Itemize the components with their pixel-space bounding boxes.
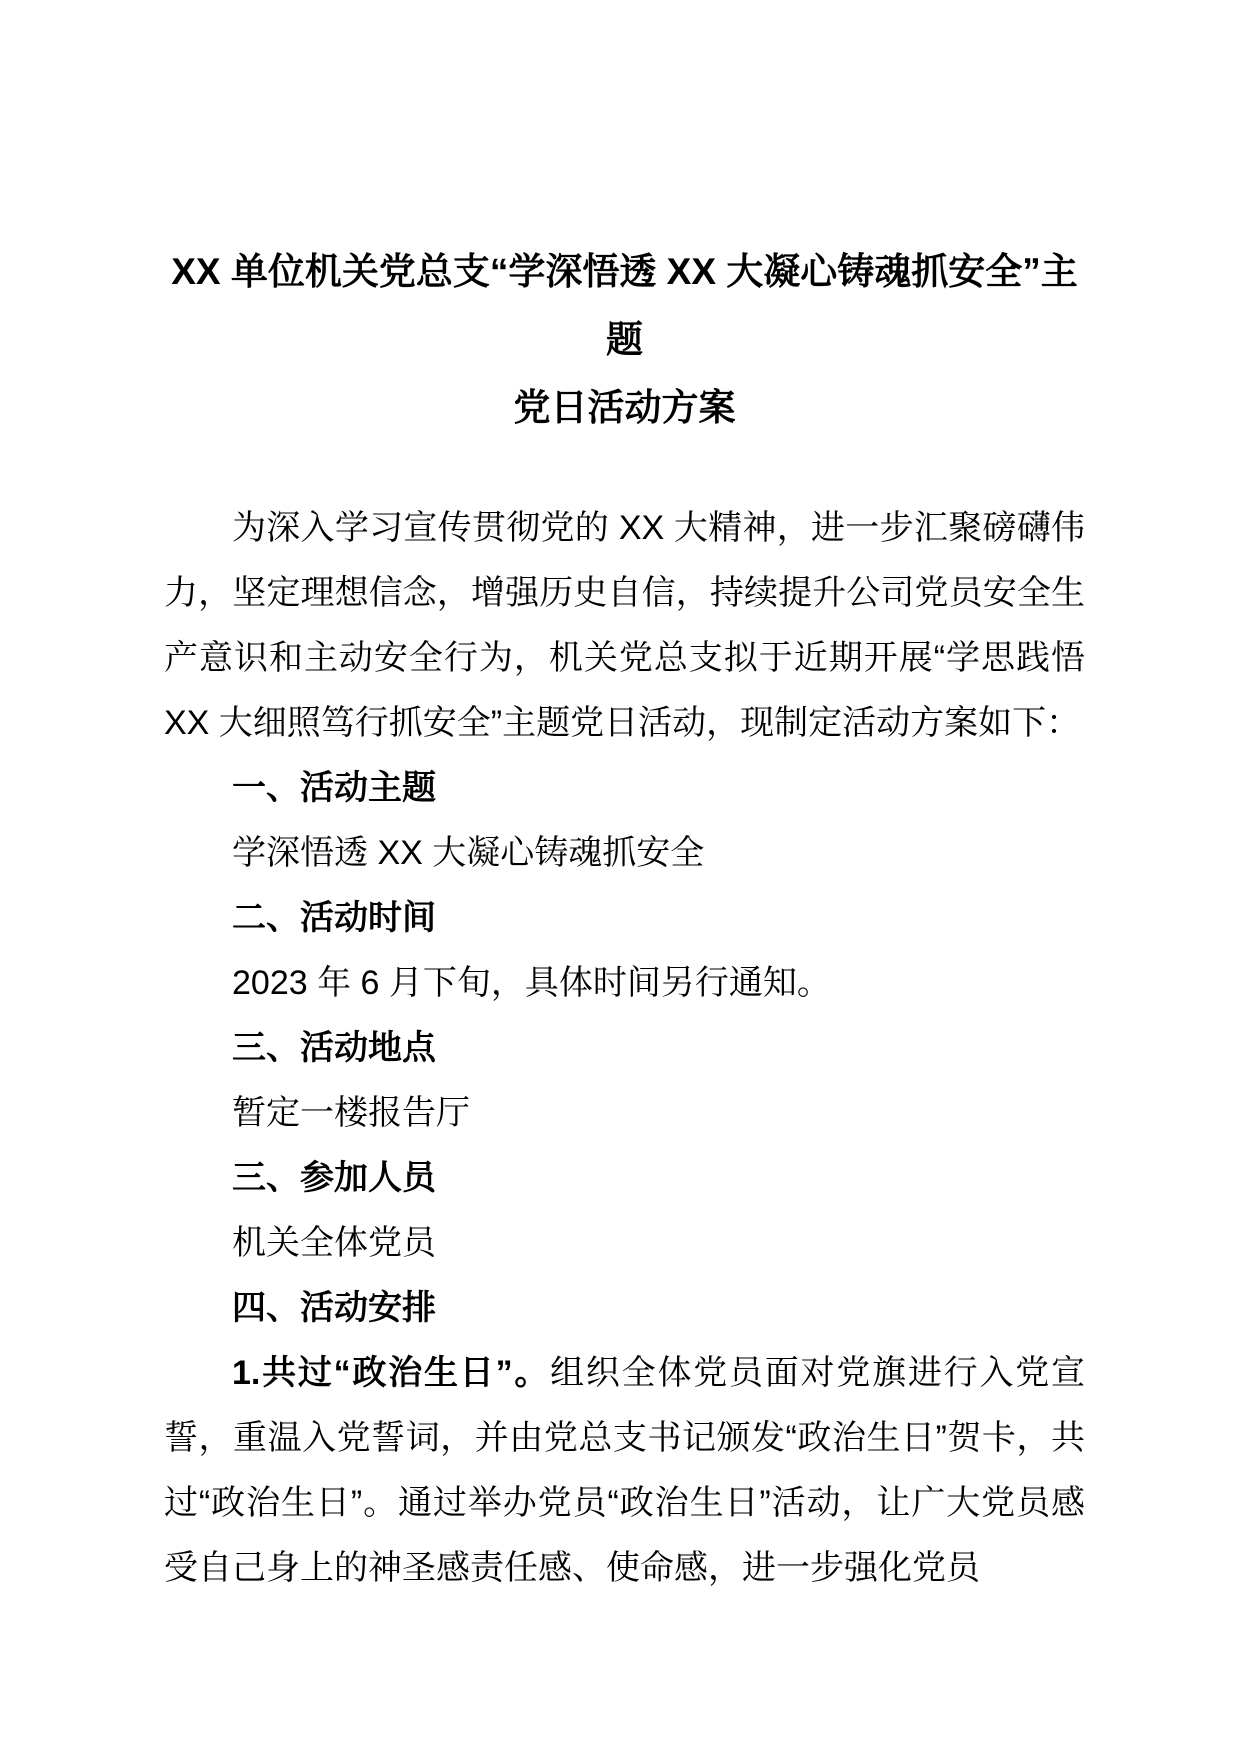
section-body-1: 学深悟透 XX 大凝心铸魂抓安全	[164, 821, 1085, 886]
document-title-line-2: 党日活动方案	[164, 374, 1085, 442]
section-body-4: 机关全体党员	[164, 1211, 1085, 1276]
arrangement-item-1-paragraph: 1.共过“政治生日”。组织全体党员面对党旗进行入党宣誓，重温入党誓词，并由党总支…	[164, 1341, 1085, 1601]
section-heading-5: 四、活动安排	[164, 1276, 1085, 1341]
section-heading-4: 三、参加人员	[164, 1146, 1085, 1211]
section-heading-1: 一、活动主题	[164, 756, 1085, 821]
section-heading-3: 三、活动地点	[164, 1016, 1085, 1081]
document-title: XX 单位机关党总支“学深悟透 XX 大凝心铸魂抓安全”主题 党日活动方案	[164, 238, 1085, 442]
document-page: XX 单位机关党总支“学深悟透 XX 大凝心铸魂抓安全”主题 党日活动方案 为深…	[0, 0, 1240, 1754]
section-body-2: 2023 年 6 月下旬，具体时间另行通知。	[164, 951, 1085, 1016]
section-heading-2: 二、活动时间	[164, 886, 1085, 951]
arrangement-item-1-lead: 1.共过“政治生日”。	[232, 1354, 550, 1392]
section-body-3: 暂定一楼报告厅	[164, 1081, 1085, 1146]
intro-paragraph: 为深入学习宣传贯彻党的 XX 大精神，进一步汇聚磅礴伟力，坚定理想信念，增强历史…	[164, 496, 1085, 756]
document-title-line-1: XX 单位机关党总支“学深悟透 XX 大凝心铸魂抓安全”主题	[164, 238, 1085, 374]
